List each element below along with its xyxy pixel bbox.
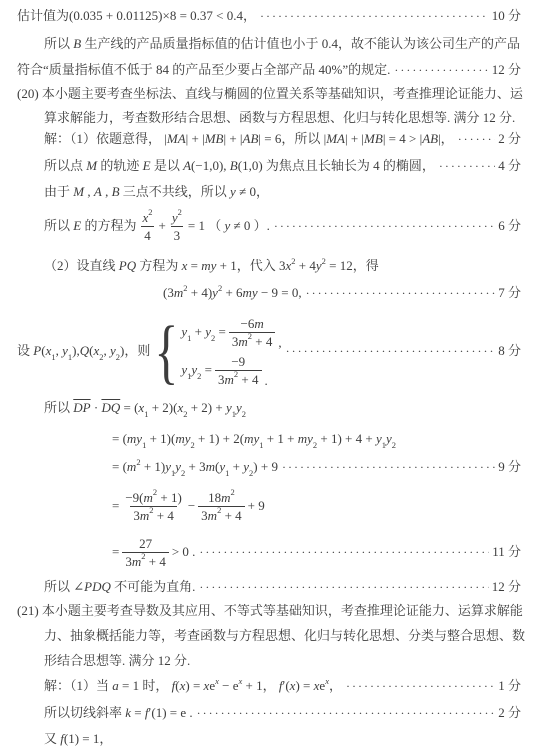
line-text: 算求解能力，考查数形结合思想、函数与方程思想、化归与转化思想等. 满分 12 分…: [44, 108, 515, 128]
score-label: 7 分: [498, 283, 521, 303]
doc-line-21: 形结合思想等. 满分 12 分.: [44, 651, 190, 671]
fraction: −9 3m2 + 4: [215, 354, 261, 387]
dotted-leader: ········································…: [306, 283, 496, 303]
dotted-leader: ········································…: [199, 542, 489, 562]
line-text: = (m2 + 1)y1y2 + 3m(y1 + y2) + 9: [112, 457, 278, 477]
line-text: 所以 DP · DQ = (x1 + 2)(x2 + 2) + y1y2: [44, 398, 246, 418]
score-label: 12 分: [492, 60, 521, 80]
operator: −: [188, 496, 195, 516]
line-text: 符合“质量指标值不低于 84 的产品至少要占全部产品 40%”的规定.: [17, 60, 390, 80]
line-text: 解：（1）当 a = 1 时， f(x) = xex − ex + 1， f′(…: [44, 676, 342, 696]
line-text: 所以切线斜率 k = f′(1) = e .: [44, 703, 193, 723]
fraction: y2 3: [169, 210, 185, 243]
operator: =: [112, 542, 119, 562]
doc-line-20: 力、抽象概括能力等，考查函数与方程思想、化归与转化思想、分类与整合思想、数: [44, 626, 525, 646]
equation-row: y1 + y2 = −6m 3m2 + 4 ,: [181, 316, 281, 349]
dotted-leader: ········································…: [282, 457, 495, 477]
line-text: = (my1 + 1)(my2 + 1) + 2(my1 + 1 + my2 +…: [112, 429, 396, 449]
equation-system: y1 + y2 = −6m 3m2 + 4 , y1y2 = −9 3m2 + …: [181, 316, 281, 387]
line-text: 所以 B 生产线的产品质量指标值的估计值也小于 0.4，故不能认为该公司生产的产…: [44, 34, 520, 54]
doc-line-04: (20) 本小题主要考查坐标法、直线与椭圆的位置关系等基础知识，考查推理论证能力…: [17, 84, 523, 104]
doc-line-03: 符合“质量指标值不低于 84 的产品至少要占全部产品 40%”的规定. ····…: [17, 60, 521, 80]
doc-line-15: = (m2 + 1)y1y2 + 3m(y1 + y2) + 9 ·······…: [112, 457, 521, 477]
dotted-leader: ········································…: [286, 341, 496, 361]
score-label: 6 分: [498, 216, 521, 236]
line-text: (21) 本小题主要考查导数及其应用、不等式等基础知识，考查推理论证能力、运算求…: [17, 601, 523, 621]
score-label: 12 分: [492, 577, 521, 597]
line-text: (20) 本小题主要考查坐标法、直线与椭圆的位置关系等基础知识，考查推理论证能力…: [17, 84, 523, 104]
score-label: 11 分: [492, 542, 521, 562]
line-text: > 0 .: [172, 542, 196, 562]
line-text: 形结合思想等. 满分 12 分.: [44, 651, 190, 671]
operator: + 9: [248, 496, 265, 516]
line-text: 又 f(1) = 1，: [44, 729, 112, 749]
line-text: = 1 （ y ≠ 0 ）.: [188, 216, 270, 236]
dotted-leader: ········································…: [260, 6, 489, 26]
score-label: 2 分: [498, 129, 521, 149]
doc-line-07: 所以点 M 的轨迹 E 是以 A(−1,0), B(1,0) 为焦点且长轴长为 …: [44, 156, 521, 176]
line-text: 设 P(x1, y1),Q(x2, y2)，则: [17, 341, 150, 361]
score-label: 9 分: [498, 457, 521, 477]
score-label: 1 分: [498, 676, 521, 696]
operator: =: [112, 496, 119, 516]
doc-line-24: 又 f(1) = 1，: [44, 729, 112, 749]
doc-line-08: 由于 M , A , B 三点不共线，所以 y ≠ 0，: [44, 182, 269, 202]
left-brace-icon: {: [154, 300, 178, 402]
equation-row: y1y2 = −9 3m2 + 4 .: [181, 354, 281, 387]
doc-line-09: 所以 E 的方程为 x2 4 + y2 3 = 1 （ y ≠ 0 ）. ···…: [44, 204, 521, 248]
line-text: （2）设直线 PQ 方程为 x = my + 1，代入 3x2 + 4y2 = …: [44, 256, 379, 276]
doc-line-13: 所以 DP · DQ = (x1 + 2)(x2 + 2) + y1y2: [44, 398, 246, 418]
dotted-leader: ········································…: [199, 577, 488, 597]
doc-line-12: 设 P(x1, y1),Q(x2, y2)，则 { y1 + y2 = −6m …: [17, 310, 521, 392]
score-label: 2 分: [498, 703, 521, 723]
dotted-leader: ········································…: [274, 216, 495, 236]
line-text: 解：（1）依题意得， |MA| + |MB| + |AB| = 6，所以 |MA…: [44, 129, 454, 149]
line-text: 所以 E 的方程为: [44, 216, 136, 236]
doc-line-06: 解：（1）依题意得， |MA| + |MB| + |AB| = 6，所以 |MA…: [44, 129, 521, 149]
dotted-leader: ········································…: [346, 676, 495, 696]
line-text: (3m2 + 4)y2 + 6my − 9 = 0,: [163, 283, 302, 303]
doc-line-17: = 27 3m2 + 4 > 0 . ·····················…: [112, 531, 521, 573]
doc-line-18: 所以 ∠PDQ 不可能为直角. ························…: [44, 577, 521, 597]
doc-line-19: (21) 本小题主要考查导数及其应用、不等式等基础知识，考查推理论证能力、运算求…: [17, 601, 523, 621]
fraction: x2 4: [139, 210, 155, 243]
doc-line-11: (3m2 + 4)y2 + 6my − 9 = 0, ·············…: [163, 283, 521, 303]
operator: +: [159, 216, 166, 236]
fraction: 27 3m2 + 4: [122, 536, 168, 569]
fraction: −9(m2 + 1) 3m2 + 4: [122, 490, 184, 523]
fraction: −6m 3m2 + 4: [229, 316, 275, 349]
score-label: 10 分: [492, 6, 521, 26]
doc-line-02: 所以 B 生产线的产品质量指标值的估计值也小于 0.4，故不能认为该公司生产的产…: [44, 34, 520, 54]
score-label: 8 分: [498, 341, 521, 361]
fraction: 18m2 3m2 + 4: [198, 490, 244, 523]
line-text: 所以点 M 的轨迹 E 是以 A(−1,0), B(1,0) 为焦点且长轴长为 …: [44, 156, 435, 176]
line-text: 由于 M , A , B 三点不共线，所以 y ≠ 0，: [44, 182, 269, 202]
line-text: 估计值为(0.035 + 0.01125)×8 = 0.37 < 0.4，: [17, 6, 256, 26]
doc-line-10: （2）设直线 PQ 方程为 x = my + 1，代入 3x2 + 4y2 = …: [44, 256, 379, 276]
doc-line-16: = −9(m2 + 1) 3m2 + 4 − 18m2 3m2 + 4 + 9: [112, 485, 265, 527]
doc-line-01: 估计值为(0.035 + 0.01125)×8 = 0.37 < 0.4， ··…: [17, 6, 521, 26]
doc-line-05: 算求解能力，考查数形结合思想、函数与方程思想、化归与转化思想等. 满分 12 分…: [44, 108, 515, 128]
doc-line-22: 解：（1）当 a = 1 时， f(x) = xex − ex + 1， f′(…: [44, 676, 521, 696]
line-text: 所以 ∠PDQ 不可能为直角.: [44, 577, 195, 597]
dotted-leader: ········································…: [197, 703, 496, 723]
dotted-leader: ········································…: [394, 60, 488, 80]
score-label: 4 分: [498, 156, 521, 176]
line-text: 力、抽象概括能力等，考查函数与方程思想、化归与转化思想、分类与整合思想、数: [44, 626, 525, 646]
doc-line-14: = (my1 + 1)(my2 + 1) + 2(my1 + 1 + my2 +…: [112, 429, 396, 449]
dotted-leader: ········································…: [439, 156, 495, 176]
dotted-leader: ········································…: [458, 129, 496, 149]
answer-sheet-page: 估计值为(0.035 + 0.01125)×8 = 0.37 < 0.4， ··…: [0, 0, 539, 750]
doc-line-23: 所以切线斜率 k = f′(1) = e . ·················…: [44, 703, 521, 723]
